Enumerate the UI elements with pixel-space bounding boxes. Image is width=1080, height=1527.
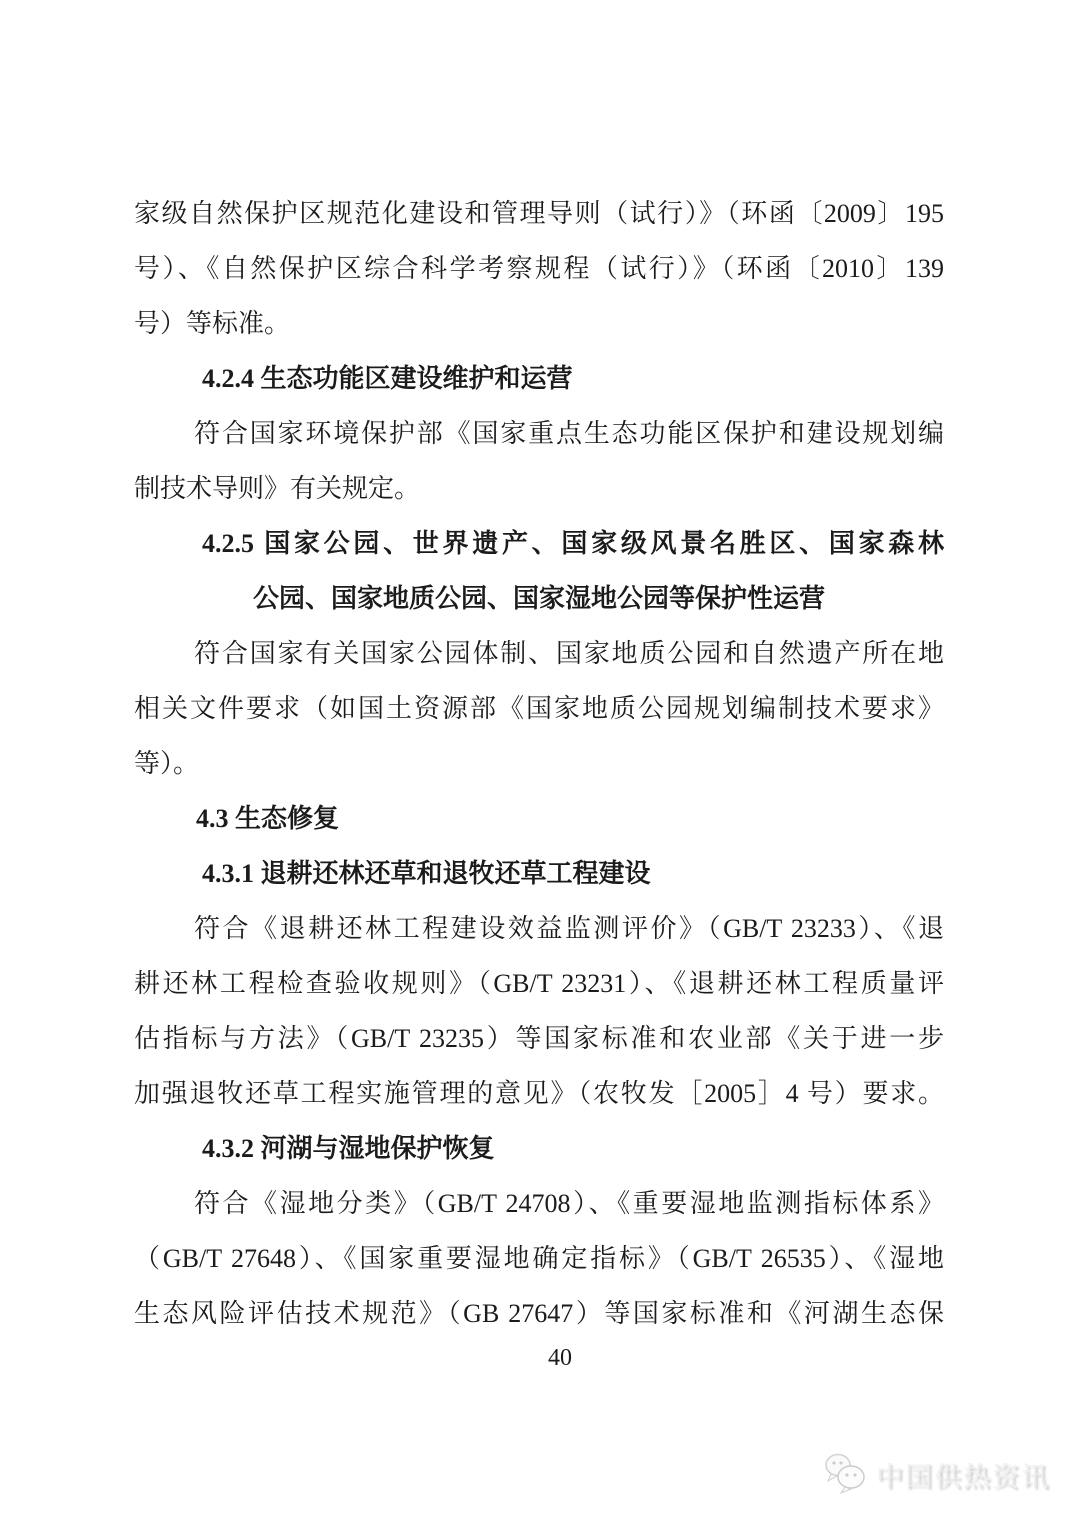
text-line: 4.3 生态修复 <box>134 791 944 846</box>
text-line: 耕还林工程检查验收规则》（GB/T 23231）、《退耕还林工程质量评 <box>134 956 944 1011</box>
text-line: 符合《退耕还林工程建设效益监测评价》（GB/T 23233）、《退 <box>134 901 944 956</box>
text-line: 4.3.2 河湖与湿地保护恢复 <box>134 1121 944 1176</box>
text-line: 等）。 <box>134 736 944 791</box>
text-line: 公园、国家地质公园、国家湿地公园等保护性运营 <box>134 571 944 626</box>
text-line: 4.2.4 生态功能区建设维护和运营 <box>134 351 944 406</box>
wechat-bubbles-icon <box>824 1452 868 1496</box>
text-line: 相关文件要求（如国土资源部《国家地质公园规划编制技术要求》 <box>134 681 944 736</box>
text-line: 符合《湿地分类》（GB/T 24708）、《重要湿地监测指标体系》 <box>134 1176 944 1231</box>
document-lines: 家级自然保护区规范化建设和管理导则（试行）》（环函〔2009〕195号）、《自然… <box>134 186 944 1341</box>
text-line: 4.2.5 国家公园、世界遗产、国家级风景名胜区、国家森林 <box>134 516 944 571</box>
text-line: （GB/T 27648）、《国家重要湿地确定指标》（GB/T 26535）、《湿… <box>134 1231 944 1286</box>
document-page: 家级自然保护区规范化建设和管理导则（试行）》（环函〔2009〕195号）、《自然… <box>134 186 944 1386</box>
text-line: 估指标与方法》（GB/T 23235）等国家标准和农业部《关于进一步 <box>134 1011 944 1066</box>
text-line: 生态风险评估技术规范》（GB 27647）等国家标准和《河湖生态保 <box>134 1286 944 1341</box>
text-line: 号）等标准。 <box>134 296 944 351</box>
watermark-label: 中国供热资讯 <box>876 1455 1050 1494</box>
text-line: 符合国家环境保护部《国家重点生态功能区保护和建设规划编 <box>134 406 944 461</box>
text-line: 加强退牧还草工程实施管理的意见》（农牧发［2005］4 号）要求。 <box>134 1066 944 1121</box>
text-line: 号）、《自然保护区综合科学考察规程（试行）》（环函〔2010〕139 <box>134 241 944 296</box>
text-line: 制技术导则》有关规定。 <box>134 461 944 516</box>
text-line: 符合国家有关国家公园体制、国家地质公园和自然遗产所在地 <box>134 626 944 681</box>
text-line: 4.3.1 退耕还林还草和退牧还草工程建设 <box>134 846 944 901</box>
watermark: 中国供热资讯 <box>824 1452 1050 1496</box>
text-line: 家级自然保护区规范化建设和管理导则（试行）》（环函〔2009〕195 <box>134 186 944 241</box>
